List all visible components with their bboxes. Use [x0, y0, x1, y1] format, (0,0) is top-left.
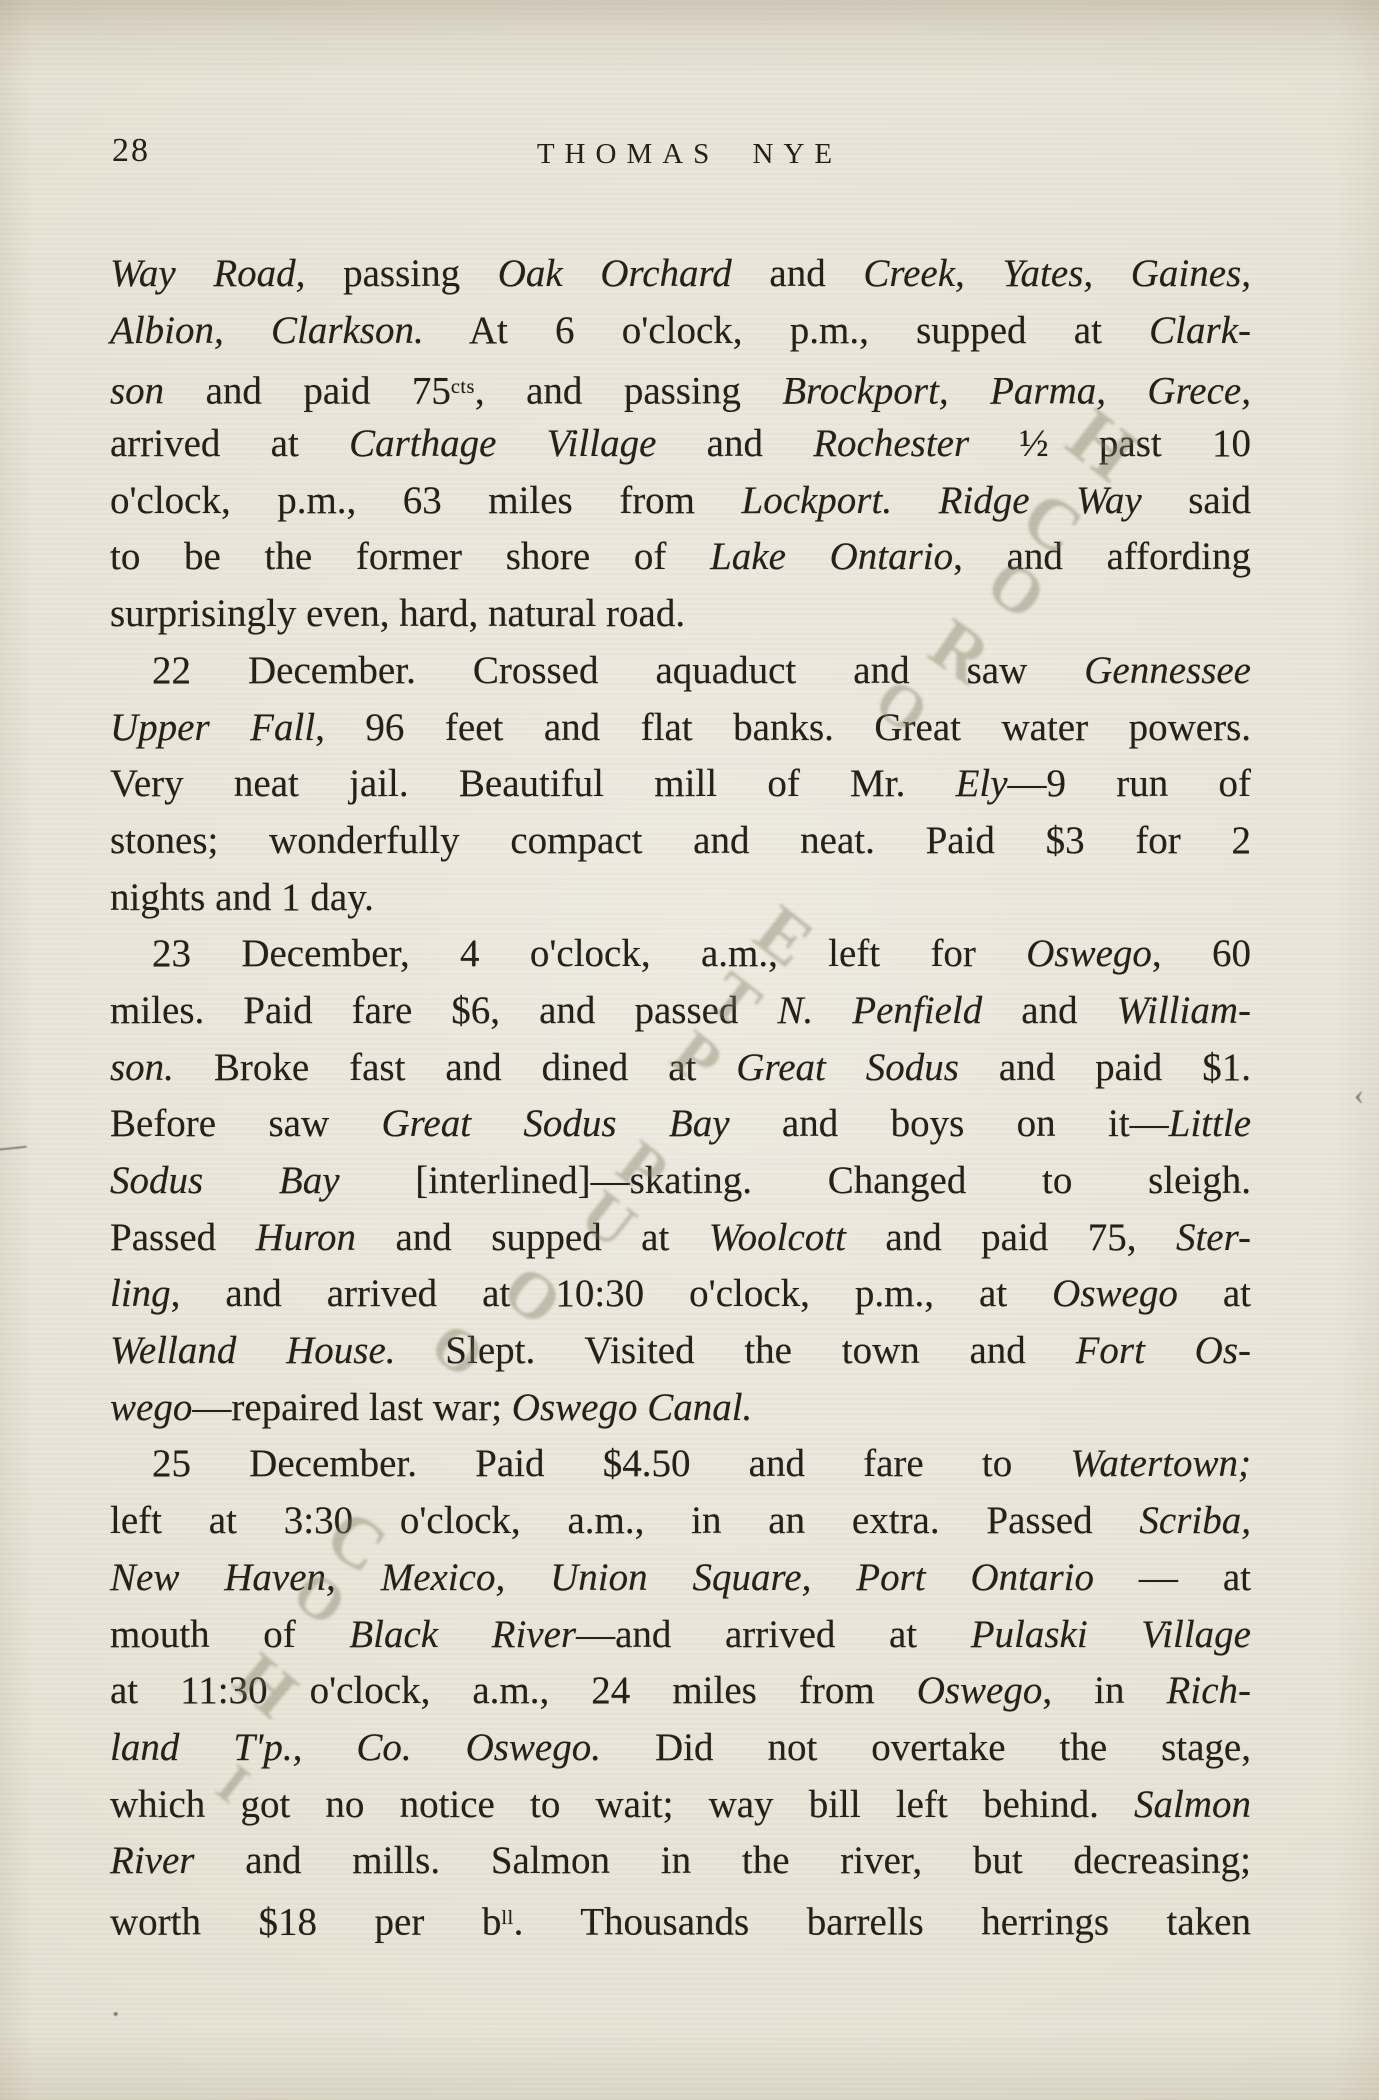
italic-text: Creek, Yates, Gaines, [863, 252, 1251, 295]
text-line: which got no notice to wait; way bill le… [110, 1777, 1251, 1834]
roman-text: — at [1094, 1556, 1251, 1599]
roman-text: and boys on it— [730, 1102, 1169, 1145]
italic-text: William- [1117, 989, 1251, 1032]
roman-text: . Thousands barrells herrings taken [514, 1900, 1251, 1943]
text-line: stones; wonderfully compact and neat. Pa… [110, 813, 1251, 870]
roman-text: and supped at [356, 1216, 709, 1259]
roman-text: and [732, 252, 864, 295]
italic-text: land T'p., Co. Oswego. [110, 1726, 601, 1769]
text-line: Sodus Bay [interlined]—skating. Changed … [110, 1153, 1251, 1210]
text-line: New Haven, Mexico, Union Square, Port On… [110, 1550, 1251, 1607]
italic-text: New Haven, Mexico, Union Square, Port On… [110, 1556, 1094, 1599]
italic-text: Rich- [1167, 1669, 1251, 1712]
italic-text: Lockport. [742, 479, 893, 522]
roman-text: nights and 1 day. [110, 876, 374, 919]
italic-text: N. Penfield [777, 989, 982, 1032]
text-line: 22 December. Crossed aquaduct and saw Ge… [110, 643, 1251, 700]
italic-text: Oswego [917, 1669, 1043, 1712]
italic-text: Great Sodus [736, 1046, 959, 1089]
text-line: ling, and arrived at 10:30 o'clock, p.m.… [110, 1266, 1251, 1323]
text-line: son and paid 75cts, and passing Brockpor… [110, 359, 1251, 416]
roman-text: and paid 75 [164, 370, 451, 413]
roman-text: Slept. Visited the town and [396, 1329, 1076, 1372]
italic-text: Oswego [1052, 1272, 1178, 1315]
italic-text: Oak Orchard [498, 252, 732, 295]
roman-text: and [656, 422, 813, 465]
roman-text: at [1178, 1272, 1251, 1315]
roman-text: 23 December, 4 o'clock, a.m., left for [152, 932, 1026, 975]
roman-text: and [982, 989, 1116, 1032]
italic-text: Scriba, [1139, 1499, 1251, 1542]
italic-text: Fort Os- [1076, 1329, 1251, 1372]
text-line: surprisingly even, hard, natural road. [110, 586, 1251, 643]
roman-text: and paid 75, [846, 1216, 1176, 1259]
roman-text: , in [1042, 1669, 1166, 1712]
text-line: at 11:30 o'clock, a.m., 24 miles from Os… [110, 1663, 1251, 1720]
roman-text: 22 December. Crossed aquaduct and saw [152, 649, 1084, 692]
text-line: Passed Huron and supped at Woolcott and … [110, 1210, 1251, 1267]
text-line: Before saw Great Sodus Bay and boys on i… [110, 1096, 1251, 1153]
roman-text: which got no notice to wait; way bill le… [110, 1783, 1134, 1826]
superscript-text: ll [501, 1907, 513, 1929]
italic-text: Great Sodus Bay [381, 1102, 729, 1145]
roman-text: Broke fast and dined at [174, 1046, 736, 1089]
roman-text: , and arrived at 10:30 o'clock, p.m., at [171, 1272, 1053, 1315]
text-line: Very neat jail. Beautiful mill of Mr. El… [110, 756, 1251, 813]
roman-text: surprisingly even, hard, natural road. [110, 592, 685, 635]
italic-text: River [110, 1839, 194, 1882]
text-line: 25 December. Paid $4.50 and fare to Wate… [110, 1436, 1251, 1493]
text-line: arrived at Carthage Village and Rocheste… [110, 416, 1251, 473]
roman-text: said [1142, 479, 1251, 522]
roman-text: Did not overtake the stage, [601, 1726, 1251, 1769]
roman-text: and mills. Salmon in the river, but decr… [194, 1839, 1251, 1882]
roman-text: Passed [110, 1216, 256, 1259]
text-line: River and mills. Salmon in the river, bu… [110, 1833, 1251, 1890]
roman-text: mouth of [110, 1613, 349, 1656]
text-line: Welland House. Slept. Visited the town a… [110, 1323, 1251, 1380]
italic-text: Pulaski Village [971, 1613, 1251, 1656]
text-line: wego—repaired last war; Oswego Canal. [110, 1380, 1251, 1437]
running-head: 28 THOMAS NYE [0, 0, 1379, 200]
italic-text: Sodus Bay [110, 1159, 340, 1202]
roman-text: worth $18 per b [110, 1900, 501, 1943]
italic-text: Black River [349, 1613, 576, 1656]
italic-text: Clark- [1149, 309, 1251, 352]
body-text: Way Road, passing Oak Orchard and Creek,… [110, 246, 1251, 1947]
italic-text: Upper Fall [110, 706, 315, 749]
text-line: Way Road, passing Oak Orchard and Creek,… [110, 246, 1251, 303]
italic-text: Carthage Village [349, 422, 656, 465]
roman-text: left at 3:30 o'clock, a.m., in an extra.… [110, 1499, 1139, 1542]
roman-text: —repaired last war; [192, 1386, 511, 1429]
text-line: land T'p., Co. Oswego. Did not overtake … [110, 1720, 1251, 1777]
roman-text: arrived at [110, 422, 349, 465]
text-line: mouth of Black River—and arrived at Pula… [110, 1607, 1251, 1664]
italic-text: Albion, Clarkson. [110, 309, 424, 352]
roman-text: , 60 [1152, 932, 1251, 975]
roman-text: to be the former shore of [110, 535, 710, 578]
text-line: Upper Fall, 96 feet and flat banks. Grea… [110, 700, 1251, 757]
italic-text: Ster- [1176, 1216, 1251, 1259]
roman-text: stones; wonderfully compact and neat. Pa… [110, 819, 1251, 862]
book-page: 28 THOMAS NYE Way Road, passing Oak Orch… [0, 0, 1379, 2100]
italic-text: Rochester [813, 422, 969, 465]
roman-text: ½ past 10 [969, 422, 1251, 465]
roman-text: Before saw [110, 1102, 381, 1145]
roman-text: o'clock, p.m., 63 miles from [110, 479, 742, 522]
italic-text: Gennessee [1084, 649, 1251, 692]
italic-text: wego [110, 1386, 192, 1429]
roman-text: and paid $1. [959, 1046, 1251, 1089]
text-line: 23 December, 4 o'clock, a.m., left for O… [110, 926, 1251, 983]
text-line: nights and 1 day. [110, 870, 1251, 927]
roman-text: , and passing [475, 370, 782, 413]
italic-text: Oswego Canal. [512, 1386, 753, 1429]
text-line: worth $18 per bll. Thousands barrells he… [110, 1890, 1251, 1947]
roman-text: [interlined]—skating. Changed to sleigh. [340, 1159, 1251, 1202]
text-line: o'clock, p.m., 63 miles from Lockport. R… [110, 473, 1251, 530]
italic-text: Woolcott [709, 1216, 846, 1259]
italic-text: Salmon [1134, 1783, 1251, 1826]
roman-text: —9 run of [1008, 762, 1251, 805]
italic-text: son [110, 370, 164, 413]
roman-text: passing [305, 252, 497, 295]
margin-mark: · [110, 1996, 121, 2034]
margin-mark: ‹ [1354, 1078, 1364, 1112]
italic-text: Lake Ontario [710, 535, 953, 578]
roman-text: Very neat jail. Beautiful mill of Mr. [110, 762, 956, 805]
italic-text: Brockport, Parma, Grece, [782, 370, 1251, 413]
margin-mark: — [0, 1122, 28, 1168]
text-line: miles. Paid fare $6, and passed N. Penfi… [110, 983, 1251, 1040]
roman-text: At 6 o'clock, p.m., supped at [424, 309, 1149, 352]
italic-text: Way Road, [110, 252, 305, 295]
roman-text: —and arrived at [576, 1613, 971, 1656]
roman-text: , 96 feet and flat banks. Great water po… [315, 706, 1251, 749]
italic-text: Oswego [1026, 932, 1152, 975]
text-line: Albion, Clarkson. At 6 o'clock, p.m., su… [110, 303, 1251, 360]
text-line: son. Broke fast and dined at Great Sodus… [110, 1040, 1251, 1097]
italic-text: Huron [256, 1216, 356, 1259]
italic-text: ling [110, 1272, 171, 1315]
text-line: left at 3:30 o'clock, a.m., in an extra.… [110, 1493, 1251, 1550]
roman-text: miles. Paid fare $6, and passed [110, 989, 777, 1032]
running-title: THOMAS NYE [0, 138, 1379, 171]
italic-text: Ridge Way [939, 479, 1142, 522]
italic-text: Little [1169, 1102, 1251, 1145]
italic-text: Watertown; [1070, 1442, 1251, 1485]
text-line: to be the former shore of Lake Ontario, … [110, 529, 1251, 586]
roman-text [892, 479, 938, 522]
roman-text: , and affording [953, 535, 1251, 578]
roman-text: at 11:30 o'clock, a.m., 24 miles from [110, 1669, 917, 1712]
italic-text: Welland House. [110, 1329, 396, 1372]
italic-text: son. [110, 1046, 174, 1089]
roman-text: 25 December. Paid $4.50 and fare to [152, 1442, 1070, 1485]
italic-text: Ely [956, 762, 1008, 805]
superscript-text: cts [451, 376, 475, 398]
